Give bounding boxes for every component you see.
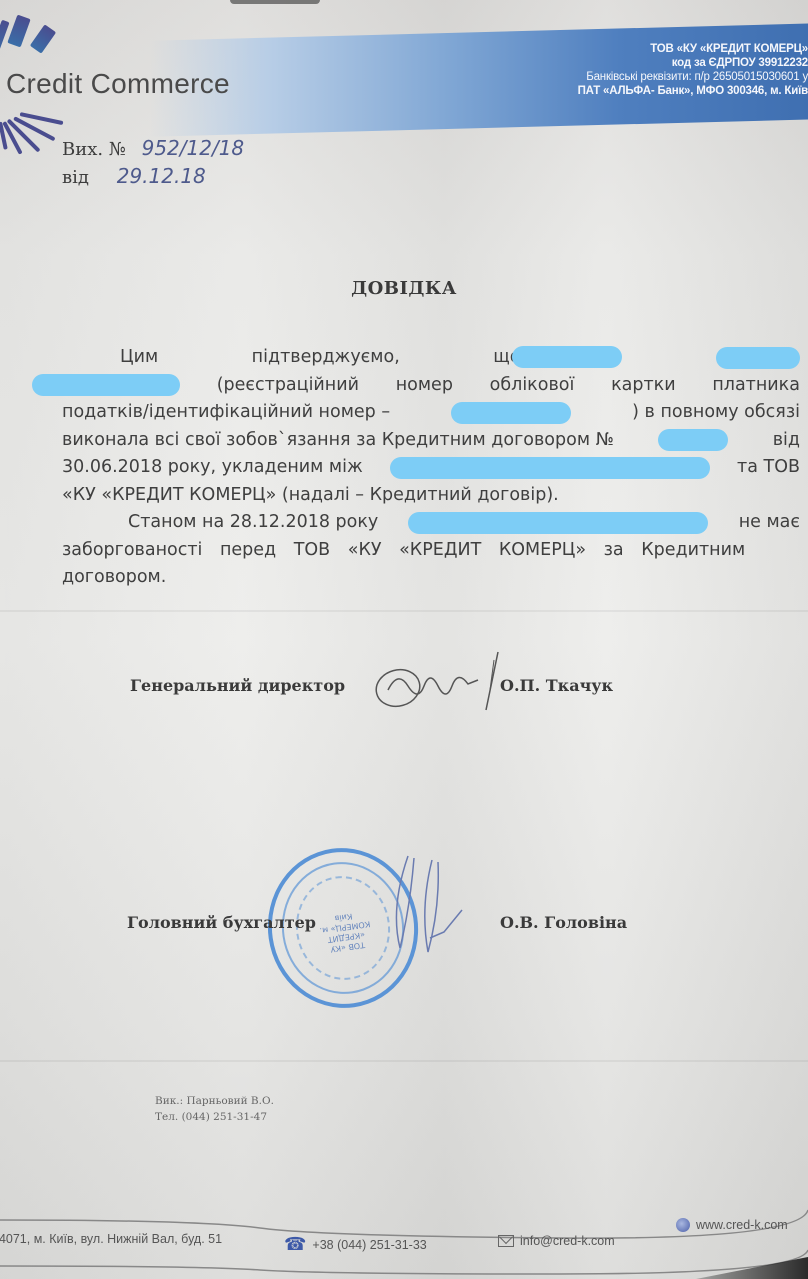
redaction [408, 512, 708, 534]
footer-address: 04071, м. Київ, вул. Нижній Вал, буд. 51 [0, 1232, 222, 1246]
text: платника [712, 372, 800, 400]
fold-line [0, 610, 808, 612]
text: номер [396, 372, 453, 400]
body-line: (реєстраційний номер облікової картки пл… [32, 372, 800, 400]
redaction [716, 347, 800, 369]
redaction [390, 457, 710, 479]
company-code: код за ЄДРПОУ 39912232 [408, 56, 808, 70]
redaction [658, 429, 728, 451]
redaction [512, 346, 622, 368]
company-details: ТОВ «КУ «КРЕДИТ КОМЕРЦ» код за ЄДРПОУ 39… [408, 42, 808, 98]
bank-name: ПАТ «АЛЬФА- Банк», МФО 300346, м. Київ [408, 84, 808, 98]
text: договором. [62, 564, 166, 592]
text: облікової [490, 372, 575, 400]
executor-phone: Тел. (044) 251-31-47 [155, 1109, 274, 1125]
bank-details: Банківські реквізити: п/р 26505015030601… [408, 70, 808, 84]
address-text: 04071, м. Київ, вул. Нижній Вал, буд. 51 [0, 1232, 222, 1246]
director-title: Генеральний директор [130, 676, 345, 695]
fold-line [0, 1060, 808, 1062]
body-line: договором. [32, 564, 800, 592]
text: картки [611, 372, 676, 400]
executor-info: Вик.: Парньовий В.О. Тел. (044) 251-31-4… [155, 1093, 274, 1125]
text: Станом на 28.12.2018 року [128, 509, 378, 537]
body-line: виконала всі свої зобов`язання за Кредит… [32, 427, 800, 455]
outgoing-number-value: 952/12/18 [142, 136, 245, 160]
outgoing-date-label: від [62, 167, 89, 188]
text: підтверджуємо, [252, 344, 400, 372]
text: ) в повному обсязі [632, 399, 800, 427]
footer-email: info@cred-k.com [498, 1234, 615, 1248]
phone-text: +38 (044) 251-31-33 [312, 1238, 426, 1252]
text: (реєстраційний [217, 372, 359, 400]
text: від [773, 427, 800, 455]
body-line: Станом на 28.12.2018 року не має [32, 509, 800, 537]
body-line: 30.06.2018 року, укладеним між та ТОВ [32, 454, 800, 482]
outgoing-number-label: Вих. № [62, 139, 126, 160]
text: не має [739, 509, 800, 537]
redaction [32, 374, 180, 396]
redaction [451, 402, 571, 424]
text: податків/ідентифікаційний номер – [62, 399, 390, 427]
accountant-title: Головний бухгалтер [127, 913, 316, 932]
text: заборгованості перед ТОВ «КУ «КРЕДИТ КОМ… [62, 537, 745, 565]
text: виконала всі свої зобов`язання за Кредит… [62, 427, 614, 455]
executor-name: Вик.: Парньовий В.О. [155, 1093, 274, 1109]
logo-text: Credit Commerce [6, 68, 230, 100]
director-name: О.П. Ткачук [500, 676, 613, 695]
body-line: «КУ «КРЕДИТ КОМЕРЦ» (надалі – Кредитний … [32, 482, 800, 510]
accountant-signature-icon [360, 848, 470, 968]
footer-website: www.cred-k.com [676, 1218, 788, 1232]
document-title: ДОВІДКА [0, 278, 808, 299]
outgoing-date-value: 29.12.18 [117, 164, 206, 188]
email-text[interactable]: info@cred-k.com [520, 1234, 615, 1248]
body-line: заборгованості перед ТОВ «КУ «КРЕДИТ КОМ… [32, 537, 800, 565]
text-with-redaction: що [493, 344, 622, 372]
body-line: податків/ідентифікаційний номер – ) в по… [32, 399, 800, 427]
body-line: Цим підтверджуємо, що [32, 344, 800, 372]
document-body: Цим підтверджуємо, що (реєстраційний ном… [32, 344, 800, 592]
text: 30.06.2018 року, укладеним між [62, 454, 363, 482]
globe-icon [676, 1218, 690, 1232]
company-name: ТОВ «КУ «КРЕДИТ КОМЕРЦ» [408, 42, 808, 56]
text: Цим [120, 344, 158, 372]
text: та ТОВ [737, 454, 800, 482]
website-link[interactable]: www.cred-k.com [696, 1218, 788, 1232]
phone-icon: ☎ [284, 1234, 306, 1255]
mail-icon [498, 1235, 514, 1247]
shadow [230, 0, 320, 4]
accountant-name: О.В. Головіна [500, 913, 627, 932]
director-signature-icon [368, 650, 508, 720]
text: «КУ «КРЕДИТ КОМЕРЦ» (надалі – Кредитний … [62, 482, 559, 510]
footer-phone: ☎ +38 (044) 251-31-33 [284, 1234, 427, 1255]
outgoing-reference: Вих. № 952/12/18 від 29.12.18 [62, 136, 244, 192]
